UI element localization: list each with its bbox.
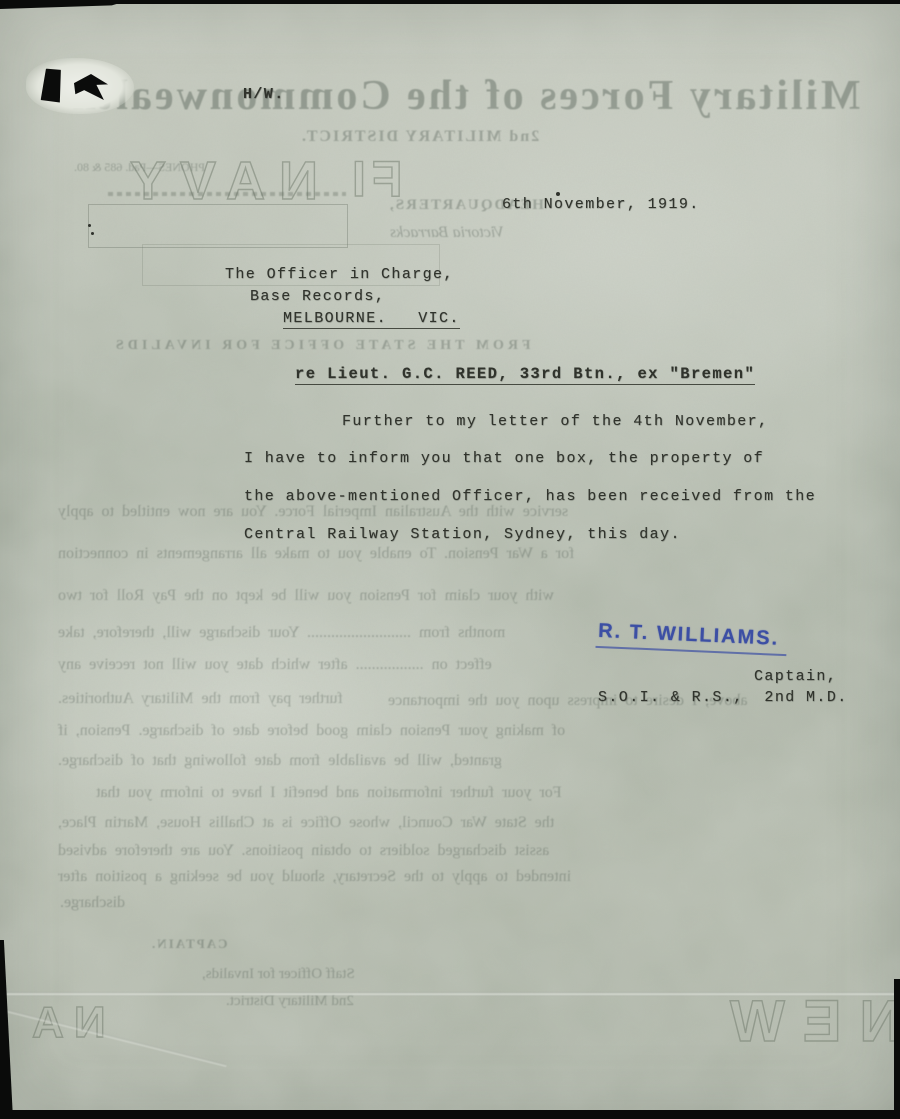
bleed-body-line: the State War Council, whose Office is a… — [58, 814, 554, 832]
bleed-district: 2nd MILITARY DISTRICT. — [300, 128, 539, 146]
bleed-staff-officer: Staff Officer for Invalids, — [202, 966, 355, 983]
recipient-city: MELBOURNE. VIC. — [283, 310, 460, 329]
ink-speck — [556, 192, 560, 196]
scanned-letter-page: Military Forces of the Commonwealth 2nd … — [0, 0, 900, 1119]
subject-line: re Lieut. G.C. REED, 33rd Btn., ex "Brem… — [295, 365, 755, 385]
unit-line: S.O.I. & R.S., 2nd M.D. — [598, 689, 848, 706]
bleed-body-line: assist discharged soldiers to obtain pos… — [58, 842, 549, 860]
torn-hole — [26, 58, 134, 114]
recipient-line: Base Records, — [250, 288, 385, 305]
horizontal-crease — [0, 992, 900, 996]
filing-note: H/W. — [243, 86, 285, 103]
bleed-body-line: months from .......................... Y… — [58, 624, 505, 642]
bleed-body-line: intended to apply to the Secretary, shou… — [58, 868, 571, 886]
bleed-body-line: For your further information and benefit… — [96, 784, 562, 802]
bottom-right-stamp-bleed: NEW — [712, 988, 900, 1055]
body-line: Further to my letter of the 4th November… — [342, 413, 768, 430]
body-line: Central Railway Station, Sydney, this da… — [244, 526, 681, 543]
bleed-from-office: FROM THE STATE OFFICE FOR INVALIDS — [112, 338, 531, 354]
scan-edge-right — [894, 979, 900, 1119]
bleed-body-line: service with the Australian Imperial For… — [58, 503, 568, 521]
recipient-line: The Officer in Charge, — [225, 266, 454, 283]
torn-hole-dark-2 — [74, 74, 108, 100]
bleed-body-line: with your claim for Pension you will be … — [58, 587, 554, 605]
body-line: the above-mentioned Officer, has been re… — [244, 488, 816, 505]
scan-edge-bottom — [0, 1110, 900, 1119]
bleed-body-line: granted, will be available from date fol… — [58, 752, 502, 770]
torn-hole-dark-1 — [35, 66, 68, 107]
rank-line: Captain, — [754, 668, 837, 685]
bleed-masthead: Military Forces of the Commonwealth — [70, 72, 860, 120]
bleed-form-box — [88, 204, 348, 248]
bleed-body-line: discharge. — [60, 894, 125, 912]
date-line: 6th November, 1919. — [502, 196, 700, 213]
ink-speck — [88, 224, 91, 227]
bleed-body-line: for a War Pension. To enable you to make… — [58, 545, 574, 563]
illegible-small-bleed-text — [108, 192, 346, 196]
scan-edge-top — [0, 0, 900, 4]
ink-speck — [91, 232, 94, 235]
bleed-body-line: further pay from the Military Authoritie… — [58, 690, 343, 708]
bleed-body-line: effect on ................. after which … — [58, 656, 492, 674]
bleed-victoria-barracks: Victoria Barracks — [390, 224, 504, 242]
body-line: I have to inform you that one box, the p… — [244, 450, 764, 467]
bleed-body-line: of making your Pension claim good before… — [58, 722, 565, 740]
bleed-captain: CAPTAIN. — [150, 936, 228, 952]
navy-stamp-bleed: NAVY — [116, 150, 318, 212]
